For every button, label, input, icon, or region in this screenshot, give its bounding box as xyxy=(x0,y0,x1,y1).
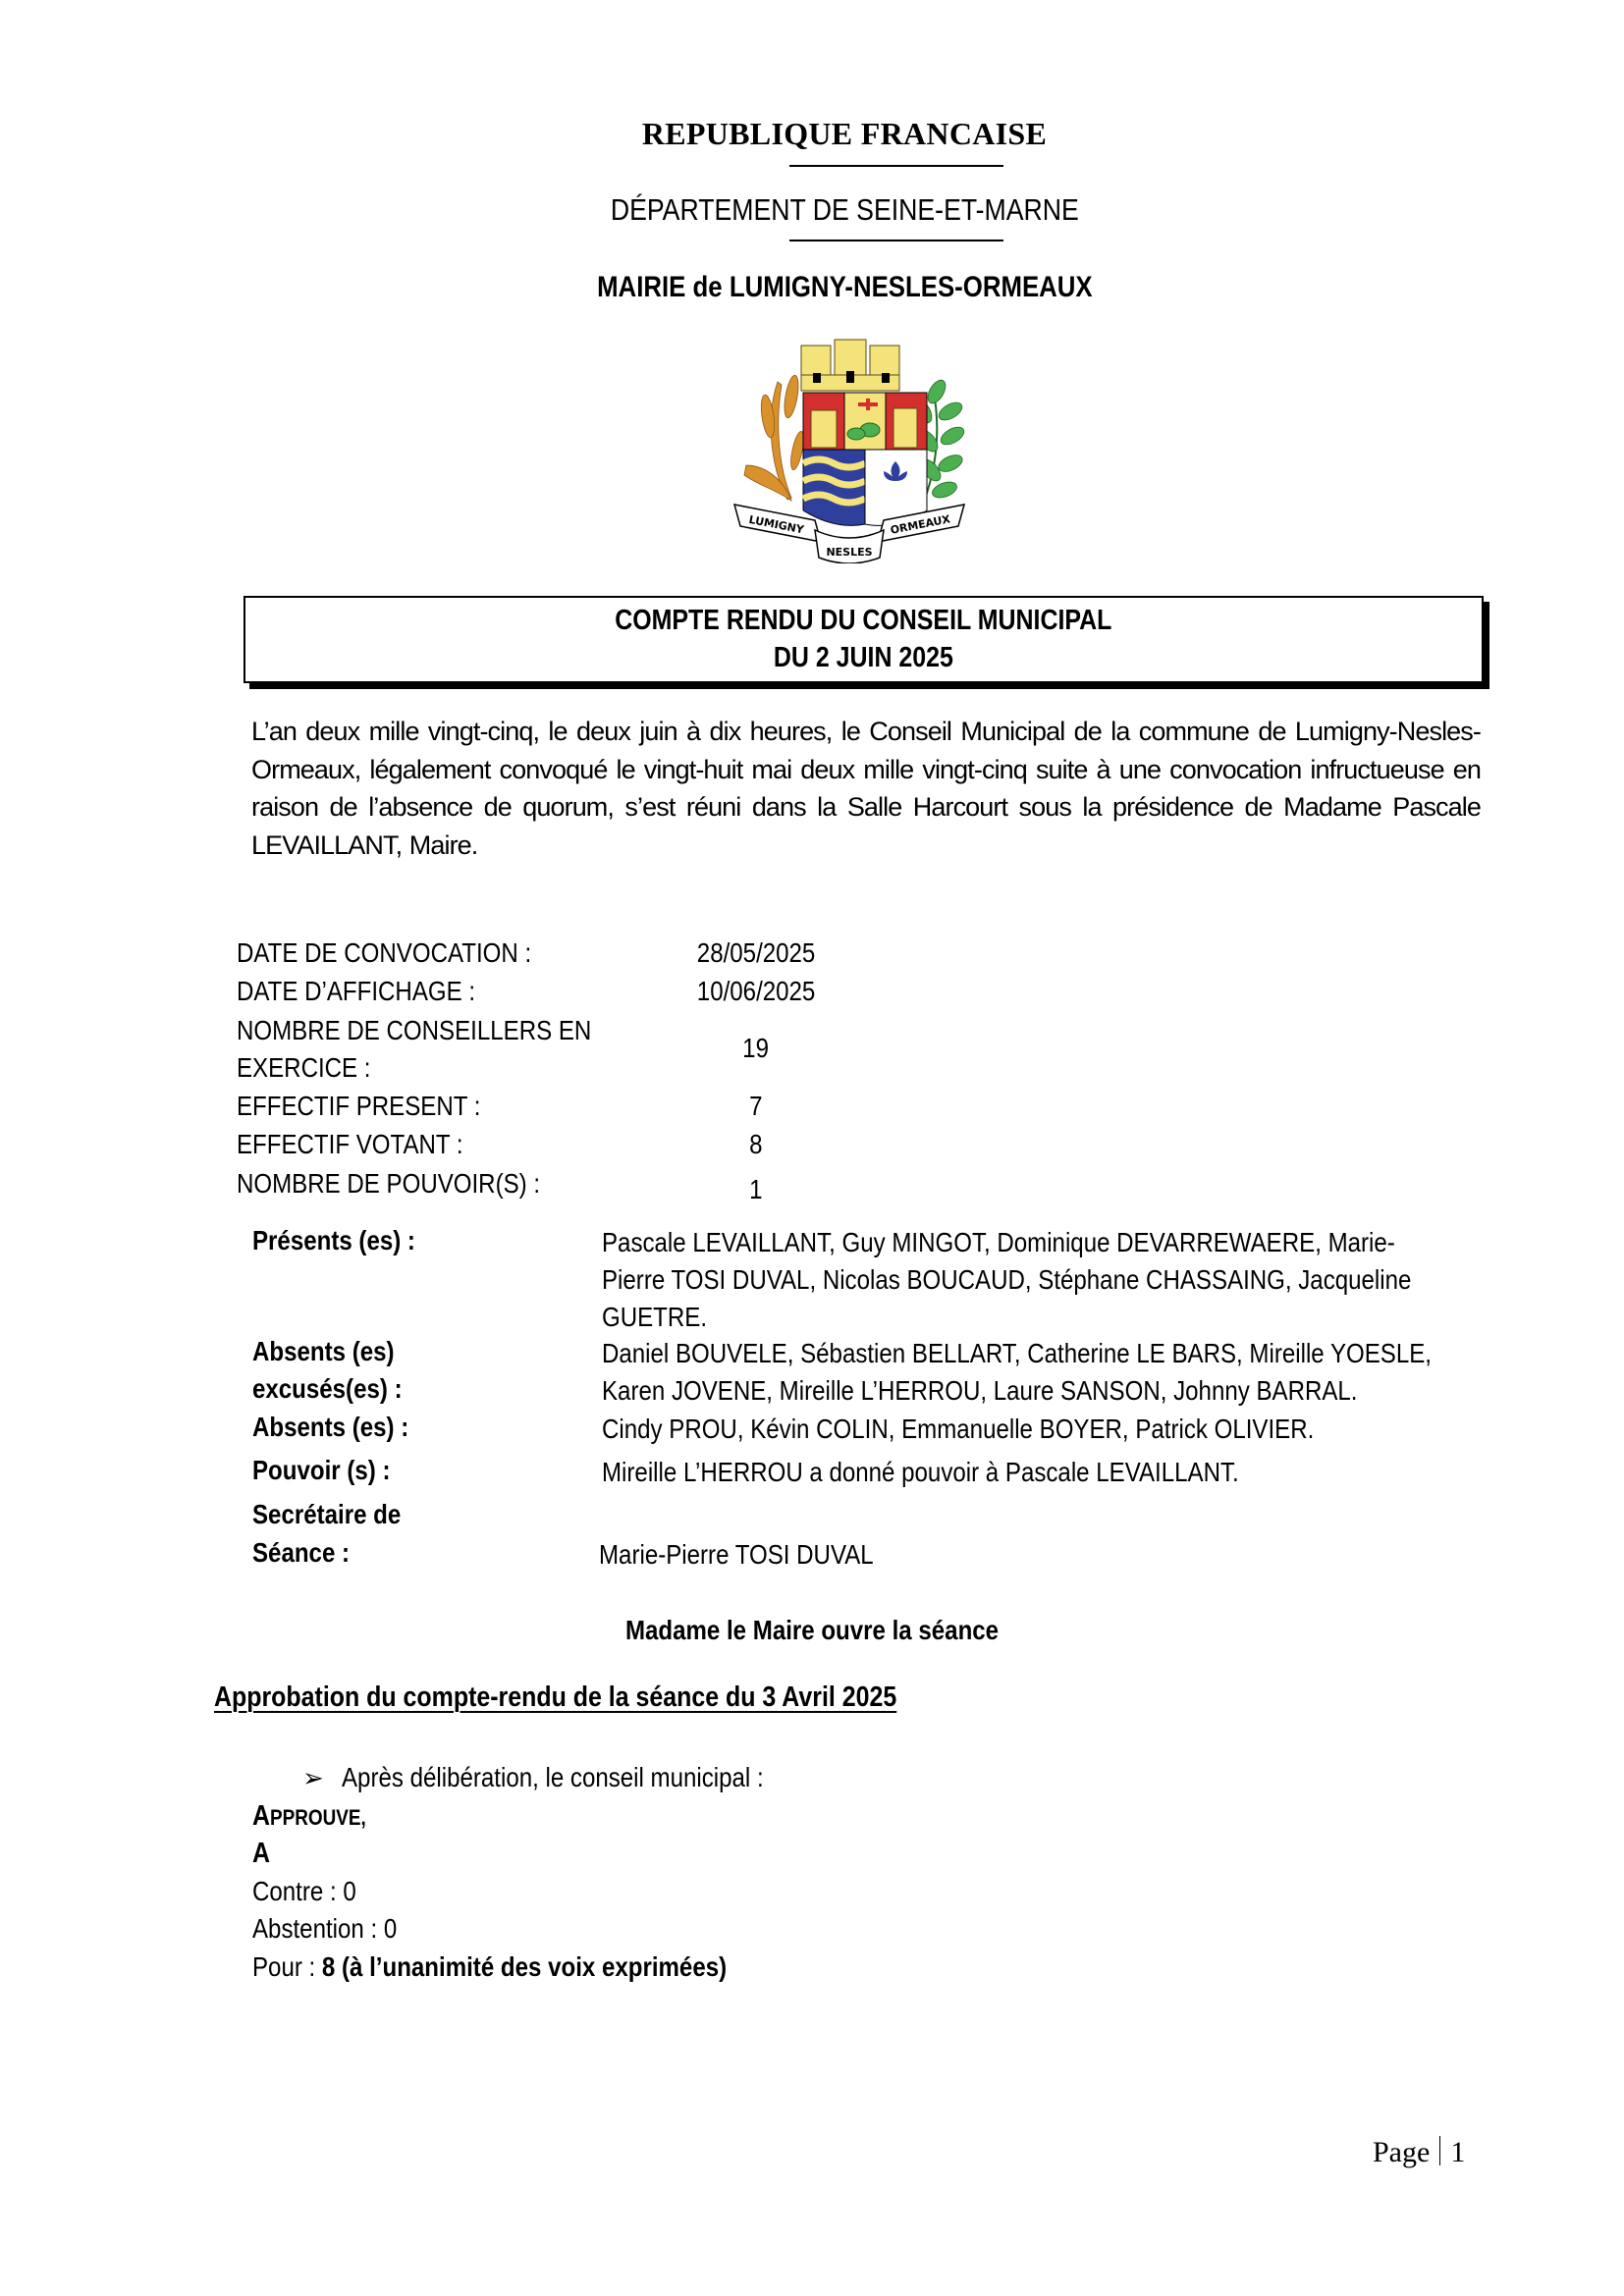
department-heading: DÉPARTEMENT DE SEINE-ET-MARNE xyxy=(550,192,1139,228)
vote-abstention: Abstention : 0 xyxy=(252,1913,420,1945)
report-title: COMPTE RENDU DU CONSEIL MUNICIPAL xyxy=(245,602,1482,639)
fact-value: 8 xyxy=(628,1129,884,1160)
report-title-box: COMPTE RENDU DU CONSEIL MUNICIPAL DU 2 J… xyxy=(244,596,1484,683)
absents-label: Absents (es) : xyxy=(252,1412,434,1443)
excuses-list: Daniel BOUVELE, Sébastien BELLART, Cathe… xyxy=(602,1335,1546,1410)
fact-value: 10/06/2025 xyxy=(628,976,884,1007)
fact-label: DATE DE CONVOCATION : xyxy=(237,937,579,969)
republic-heading: REPUBLIQUE FRANCAISE xyxy=(589,116,1100,152)
fact-label: NOMBRE DE POUVOIR(S) : xyxy=(237,1168,589,1200)
excuses-label: excusés(es) : xyxy=(252,1373,426,1405)
mairie-heading: MAIRIE de LUMIGNY-NESLES-ORMEAUX xyxy=(550,271,1139,304)
intro-paragraph: L’an deux mille vingt-cinq, le deux juin… xyxy=(251,713,1481,864)
fact-label: EFFECTIF VOTANT : xyxy=(237,1129,500,1160)
fact-label: NOMBRE DE CONSEILLERS EN xyxy=(237,1015,649,1046)
divider xyxy=(789,240,1003,241)
vote-contre: Contre : 0 xyxy=(252,1876,373,1907)
fact-label: EFFECTIF PRESENT : xyxy=(237,1091,520,1122)
decision-2: A xyxy=(252,1838,273,1870)
presents-label: Présents (es) : xyxy=(252,1225,442,1256)
section-heading: Approbation du compte-rendu de la séance… xyxy=(214,1682,1007,1714)
pouvoir-text: Mireille L’HERROU a donné pouvoir à Pasc… xyxy=(602,1454,1546,1491)
fact-value: 7 xyxy=(628,1091,884,1122)
fact-value: 1 xyxy=(628,1174,884,1205)
arrowhead-bullet-icon: ➢ xyxy=(302,1763,342,1793)
secretaire-name: Marie-Pierre TOSI DUVAL xyxy=(599,1536,1543,1574)
opening-line: Madame le Maire ouvre la séance xyxy=(0,1615,1624,1646)
report-date: DU 2 JUIN 2025 xyxy=(245,639,1482,676)
excuses-label: Absents (es) xyxy=(252,1336,417,1367)
decision: APPROUVE, xyxy=(252,1800,385,1833)
divider xyxy=(789,165,1003,167)
absents-list: Cindy PROU, Kévin COLIN, Emmanuelle BOYE… xyxy=(602,1411,1546,1448)
fact-label: DATE D’AFFICHAGE : xyxy=(237,976,514,1007)
deliberation-bullet: ➢Après délibération, le conseil municipa… xyxy=(302,1762,833,1793)
presents-list: Pascale LEVAILLANT, Guy MINGOT, Dominiqu… xyxy=(602,1224,1546,1336)
fact-label: EXERCICE : xyxy=(237,1052,393,1084)
secretaire-label: Séance : xyxy=(252,1537,365,1569)
coat-of-arms-icon: LUMIGNY ORMEAUX NESLES xyxy=(727,328,972,563)
pouvoir-label: Pouvoir (s) : xyxy=(252,1455,412,1486)
vote-pour: Pour : 8 (à l’unanimité des voix exprimé… xyxy=(252,1951,804,1983)
fact-value: 19 xyxy=(628,1033,884,1064)
divider xyxy=(1439,2136,1440,2165)
secretaire-label: Secrétaire de xyxy=(252,1499,425,1530)
svg-text:NESLES: NESLES xyxy=(826,546,872,559)
page-number: Page1 xyxy=(1373,2136,1465,2169)
fact-value: 28/05/2025 xyxy=(628,937,884,969)
